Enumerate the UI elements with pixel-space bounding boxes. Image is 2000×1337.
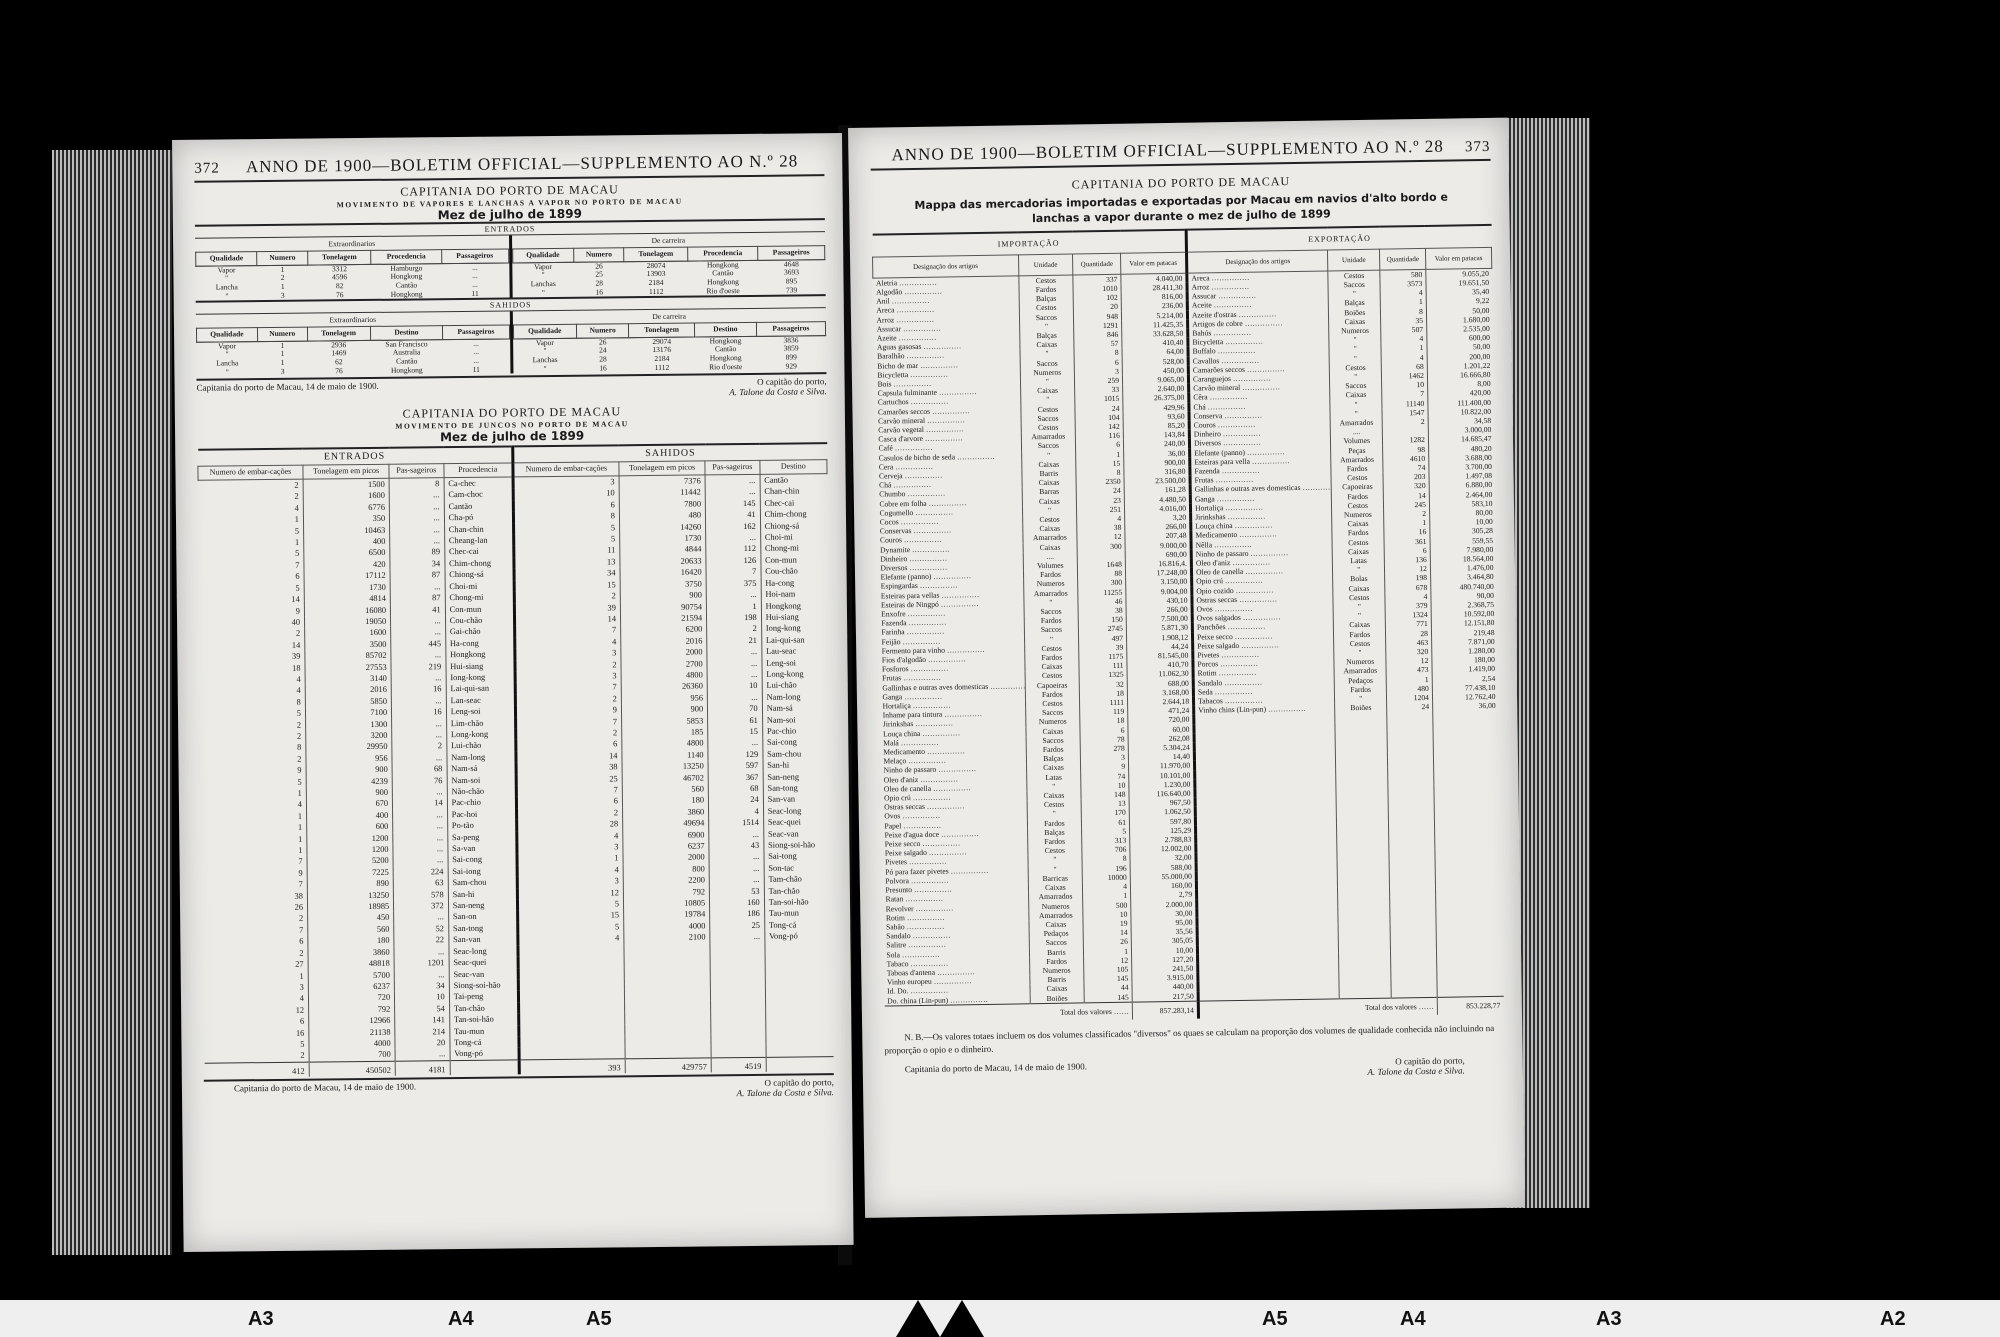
table-cell: 350 [303,513,389,525]
column-header: Valor em patacas [1121,252,1187,274]
carreira-label: De carreira [512,310,826,322]
table-cell: 76 [392,775,447,787]
table-cell [711,1034,766,1046]
table-cell: Nam-soi [762,714,829,726]
table-cell: 112 [706,543,761,555]
table-cell: 560 [622,783,708,795]
table-cell: 3 [513,476,619,489]
table-cell: 578 [394,889,449,901]
table-cell: 956 [306,753,392,765]
table-cell: Sai-iong [448,865,517,877]
table-cell: 198 [1385,573,1431,583]
column-header: Passageiros [758,246,825,260]
table-cell: ... [707,657,762,669]
table-cell: Chiong-sá [445,569,514,581]
page-373: ANNO DE 1900—BOLETIM OFFICIAL—SUPPLEMENT… [848,118,1525,1218]
table-cell: 597 [708,760,763,772]
table-cell: 5200 [307,855,393,867]
table-cell: 16 [1384,527,1430,537]
table-cell: 43 [709,840,764,852]
table-cell: 305,28 [1430,526,1496,536]
table-cell: 198 [707,612,762,624]
table-cell: 68 [392,763,447,775]
table-cell: " [196,292,258,301]
table-cell: 98 [1383,444,1429,454]
table-cell: 54 [395,1003,450,1015]
place-date: Capitania do porto de Macau, 14 de maio … [885,1061,1087,1084]
table-cell [765,999,832,1011]
table-cell: 580 [1380,269,1426,279]
table-cell: Tan-chão [449,1002,518,1014]
table-cell: 400 [304,536,390,548]
table-cell: Hui-siang [446,660,515,672]
table-cell: San-van [449,934,518,946]
table-cell: 372 [394,900,449,912]
table-cell: 305,05 [1131,936,1197,946]
table-cell: ... [391,695,446,707]
page-number: 373 [1465,139,1491,156]
table-cell: 1 [1387,675,1433,685]
table-cell: 361 [1384,536,1430,546]
table-cell: 26.375,00 [1123,393,1189,403]
table-cell: 1200 [307,832,393,844]
running-head-title: ANNO DE 1900—BOLETIM OFFICIAL—SUPPLEMENT… [891,137,1444,166]
table-cell: 2000 [621,647,707,659]
table-cell: Nam-soi [447,774,516,786]
table-cell: 440,00 [1132,982,1198,992]
table-cell: 497 [1079,633,1127,643]
total-cell: 4519 [711,1057,766,1072]
table-cell: 3200 [306,730,392,742]
table-cell: ... [392,729,447,741]
table-cell: Cha-pó [444,512,513,524]
table-cell: 2200 [623,875,709,887]
table-cell: 1112 [629,363,695,372]
table-cell: Tam-chão [764,873,831,885]
table-cell: Siong-soi-hão [449,979,518,991]
table-cell: 900 [620,590,706,602]
table-cell: 1500 [303,478,389,491]
table-cell: 4000 [624,920,710,932]
table-cell: " [513,288,575,297]
steamers-entrados-extra-table: QualidadeNumeroTonelagemProcedenciaPassa… [195,248,509,300]
table-cell: 6900 [623,829,709,841]
total-label: Total dos valores …… [1198,997,1437,1018]
table-cell: " [513,364,577,373]
table-cell: 956 [621,692,707,704]
table-cell: Lui-chão [446,740,515,752]
table-cell: Não-chão [447,785,516,797]
frame-mark: A3 [248,1308,274,1331]
table-cell: Tan-soi-hão [764,896,831,908]
column-header: Numero [577,324,629,338]
table-cell: 214 [395,1026,450,1038]
table-cell: Cheang-lan [444,535,513,547]
table-cell [765,953,832,965]
table-cell: Cantão [444,500,513,512]
running-head: 372 ANNO DE 1900—BOLETIM OFFICIAL—SUPPLE… [194,151,824,183]
table-cell: 4000 [309,1038,395,1050]
table-cell: ... [391,626,446,638]
table-cell: San-tong [448,922,517,934]
table-cell: 24 [1387,702,1433,712]
table-cell: ... [707,669,762,681]
table-cell: ... [709,851,764,863]
table-cell [624,977,710,989]
frame-mark: A2 [1880,1308,1906,1331]
table-cell: Chan-chin [444,523,513,535]
column-header: Valor em patacas [1425,247,1491,269]
table-cell: 3 [258,291,309,300]
table-cell: 2000 [623,852,709,864]
table-cell: Leng-soi [446,706,515,718]
table-cell: 375 [706,578,761,590]
table-cell: 14 [393,798,448,810]
table-cell: 236,00 [1121,301,1187,311]
table-cell: 792 [309,1003,395,1015]
book-edge-left [52,150,172,1255]
table-cell: Po-tão [447,820,516,832]
column-header: Destino [370,326,443,340]
table-cell: 500 [1083,900,1131,910]
table-cell: San-on [448,911,517,923]
table-cell: 6237 [623,840,709,852]
table-cell: 24 [1075,403,1123,413]
table-cell: Nam-sá [447,763,516,775]
column-header: Pas-sageiros [705,461,760,475]
table-cell: 25 [710,920,765,932]
column-header: Passageiros [441,249,508,263]
table-cell: 1 [706,600,761,612]
table-cell: 145 [705,498,760,510]
total-cell: 393 [519,1059,625,1075]
column-header: Procedencia [688,246,758,260]
table-cell: 11.062,30 [1127,669,1193,679]
table-cell: ... [395,1049,450,1061]
table-cell: 29950 [306,741,392,753]
table-cell: 11 [442,289,509,298]
table-cell: 14260 [619,521,705,533]
table-cell: 28 [1386,629,1432,639]
table-cell: 3750 [620,578,706,590]
table-cell: ... [391,672,446,684]
table-cell [710,977,765,989]
table-cell: 480 [619,510,705,522]
table-cell: Seac-quei [763,816,830,828]
table-cell: Choi-mi [760,531,827,543]
table-cell: 224 [393,866,448,878]
table-cell: Tan-soi-hão [449,1014,518,1026]
table-cell: Lui-chão [762,680,829,692]
table-cell: 16 [392,706,447,718]
imports-total: 857.283,14 [1132,1001,1198,1020]
column-header: Numero de embar-cações [513,462,619,477]
table-cell: Vong-pó [450,1048,519,1061]
table-cell: 1 [1076,449,1124,459]
table-cell: 41 [706,509,761,521]
place-date: Capitania do porto de Macau, 14 de maio … [204,1082,416,1104]
table-cell: 20 [395,1037,450,1049]
exports-total: 853.228,77 [1437,996,1503,1015]
table-cell: ... [709,863,764,875]
table-cell: 13250 [307,889,393,901]
table-cell: 445 [391,638,446,650]
table-cell: 1201 [394,957,449,969]
table-cell: 7800 [619,498,705,510]
table-cell: ... [389,490,444,502]
table-cell: 8 [389,478,444,490]
table-cell: Hongkong [446,649,515,661]
table-cell: 63 [393,877,448,889]
table-cell: 180 [622,795,708,807]
table-cell: Lan-seac [446,694,515,706]
table-cell [624,966,710,978]
table-cell: 141 [395,1014,450,1026]
film-strip: A3A4A5A5A4A3A2 [0,1300,2000,1337]
table-cell: Hoi-nam [761,588,828,600]
table-cell: 70 [708,703,763,715]
table-cell: Cantão [760,474,827,487]
table-cell: 76 [308,367,371,376]
table-cell: ... [707,646,762,658]
table-cell [625,1023,711,1035]
table-cell: ... [393,855,448,867]
table-cell: 900 [306,787,392,799]
table-cell: 2 [1383,417,1429,427]
table-cell: 15 [708,726,763,738]
table-cell: 180 [308,935,394,947]
table-cell: 420,00 [1428,388,1494,398]
table-cell: ... [706,532,761,544]
table-cell: Seac-quei [449,957,518,969]
table-cell: Sai-tong [764,851,831,863]
table-cell: 720 [308,992,394,1004]
table-cell: 7 [1382,389,1428,399]
table-cell: 2 [204,1050,309,1063]
table-cell: 52 [394,923,449,935]
table-cell: ... [392,718,447,730]
table-cell: 3.464,80 [1430,572,1496,582]
column-header: Procedencia [444,463,513,478]
table-cell: 126 [706,555,761,567]
table-cell: 53 [709,886,764,898]
table-cell: 76 [308,290,372,299]
total-cell: 429757 [625,1058,711,1074]
table-cell: 16 [391,684,446,696]
table-cell: 1300 [306,718,392,730]
total-cell: 412 [204,1062,309,1078]
table-cell: 50,00 [1427,342,1493,352]
table-cell: ... [394,969,449,981]
table-cell: 48818 [308,958,394,970]
table-cell: 10 [395,991,450,1003]
table-cell: ... [706,589,761,601]
table-cell [711,1011,766,1023]
table-cell: Hongkong [370,366,443,375]
signature-name: A. Talone da Costa e Silva. [729,386,827,397]
table-cell: 162 [706,521,761,533]
table-cell: ... [707,692,762,704]
table-cell: 320 [1384,481,1430,491]
table-cell [625,1012,711,1024]
signature-name: A. Talone da Costa e Silva. [737,1087,835,1098]
table-cell: Chan-chin [760,486,827,498]
table-cell: Cou-chão [761,565,828,577]
table-cell: 17112 [304,570,390,582]
column-header: Tonelagem [308,250,372,264]
table-cell: 3860 [308,946,394,958]
table-cell: 161,28 [1124,485,1190,495]
table-cell: ... [705,474,760,486]
table-cell [450,1060,519,1076]
table-cell: 11 [443,365,509,374]
table-cell: Iong-kong [446,671,515,683]
table-cell: 6237 [308,981,394,993]
table-cell [625,1034,711,1046]
table-cell: 1015 [1075,394,1123,404]
page-number: 372 [194,161,220,178]
table-cell: 64,00 [1122,347,1188,357]
table-cell: ... [393,809,448,821]
table-cell [765,965,832,977]
running-head-title: ANNO DE 1900—BOLETIM OFFICIAL—SUPPLEMENT… [246,151,798,177]
table-cell: 5.871,30 [1126,623,1192,633]
table-cell: Tau-mun [449,1025,518,1037]
center-marker-icon [940,1300,984,1337]
table-cell: Rio d'oeste [695,363,757,372]
table-cell: ... [390,512,445,524]
table-cell: 2700 [621,658,707,670]
table-cell: 6500 [304,547,390,559]
table-cell: 10 [707,680,762,692]
table-cell: Hongkong [372,290,442,299]
table-cell: 7376 [619,475,705,488]
center-marker-icon [896,1300,940,1337]
table-cell: 6200 [621,624,707,636]
table-cell: 22 [394,934,449,946]
table-cell: Nam-long [447,751,516,763]
table-cell: Tong-cá [764,919,831,931]
table-cell: 4239 [306,775,392,787]
column-header: Designação dos artigos [873,255,1019,278]
table-cell: 4800 [621,669,707,681]
table-cell: 3 [258,367,308,376]
table-cell: 12.151,80 [1431,618,1497,628]
table-cell: Seac-long [763,805,830,817]
frame-mark: A5 [1262,1308,1288,1331]
table-cell: 36,00 [1433,701,1499,711]
table-cell [624,989,710,1001]
table-cell: 7100 [305,707,391,719]
table-cell: 89 [390,547,445,559]
table-cell: Chim-chong [445,557,514,569]
column-header: Unidade [1018,254,1073,276]
table-cell: 49694 [623,818,709,830]
table-cell: Seac-long [449,945,518,957]
table-cell: 1514 [709,817,764,829]
table-cell: 5700 [308,969,394,981]
table-cell: 890 [307,878,393,890]
table-cell: Sa-van [448,842,517,854]
table-cell [765,1010,832,1022]
table-cell: ... [391,615,446,627]
table-cell: 4814 [304,593,390,605]
table-cell: 2016 [305,684,391,696]
table-cell: 300 [1078,578,1126,588]
table-cell: 20 [1074,302,1122,312]
table-cell [765,942,832,954]
table-cell: 4 [709,806,764,818]
table-cell [624,955,710,967]
table-cell: 670 [306,798,392,810]
table-cell: 678 [1385,582,1431,592]
table-cell: 3.150,00 [1126,577,1192,587]
table-cell: 1282 [1383,435,1429,445]
column-header: Destino [694,323,756,337]
frame-mark: A3 [1596,1308,1622,1331]
table-cell: 87 [390,592,445,604]
column-header: Qualidade [513,324,577,338]
table-cell: 5850 [305,695,391,707]
table-cell: 10463 [303,524,389,536]
table-cell: 11140 [1382,398,1428,408]
column-header: Qualidade [512,248,574,262]
steamers-sahidos-extra-table: QualidadeNumeroTonelagemDestinoPassageir… [196,325,510,377]
table-cell: Ca-chec [444,477,513,490]
steamers-movement: CAPITANIA DO PORTO DE MACAU MOVIMENTO DE… [194,180,826,403]
steamers-sahidos-carreira-table: QualidadeNumeroTonelagemDestinoPassageir… [512,321,826,373]
table-cell: ... [393,843,448,855]
table-cell [765,976,832,988]
column-header: Quantidade [1073,253,1121,275]
table-cell: 3860 [622,806,708,818]
table-cell: 13250 [622,761,708,773]
table-cell [711,988,766,1000]
microfilm-scan: 372 ANNO DE 1900—BOLETIM OFFICIAL—SUPPLE… [0,0,2000,1337]
table-cell: 420 [304,559,390,571]
table-cell: 771 [1386,619,1432,629]
table-cell: 44 [1084,983,1132,993]
table-cell: Ha-cong [761,577,828,589]
place-date: Capitania do porto de Macau, 14 de maio … [197,381,379,403]
frame-mark: A4 [448,1308,474,1331]
table-cell: 11255 [1078,587,1126,597]
table-cell: Chec-cai [760,497,827,509]
table-cell: 900 [306,764,392,776]
column-header: Tonelagem [624,247,688,261]
table-cell: 600 [307,821,393,833]
table-cell: 19784 [624,909,710,921]
table-cell: 21594 [620,612,706,624]
column-header: Procedencia [371,250,441,264]
table-cell: 16420 [620,567,706,579]
table-cell: ... [391,649,446,661]
table-cell: ... [705,486,760,498]
table-cell: Hongkong [761,600,828,612]
table-cell: 160 [710,897,765,909]
table-cell: 186 [710,908,765,920]
table-cell [766,1033,833,1045]
frame-mark: A4 [1400,1308,1426,1331]
table-cell: 18985 [307,901,393,913]
table-cell: Sam-chou [763,748,830,760]
table-cell: San-hi [763,759,830,771]
column-header: Pas-sageiros [389,464,444,478]
junks-table: ENTRADOS SAHIDOS Numero de embar-caçõesT… [197,442,834,1077]
table-cell: 2 [198,479,303,492]
table-cell: 948 [1074,311,1122,321]
table-cell [711,1000,766,1012]
